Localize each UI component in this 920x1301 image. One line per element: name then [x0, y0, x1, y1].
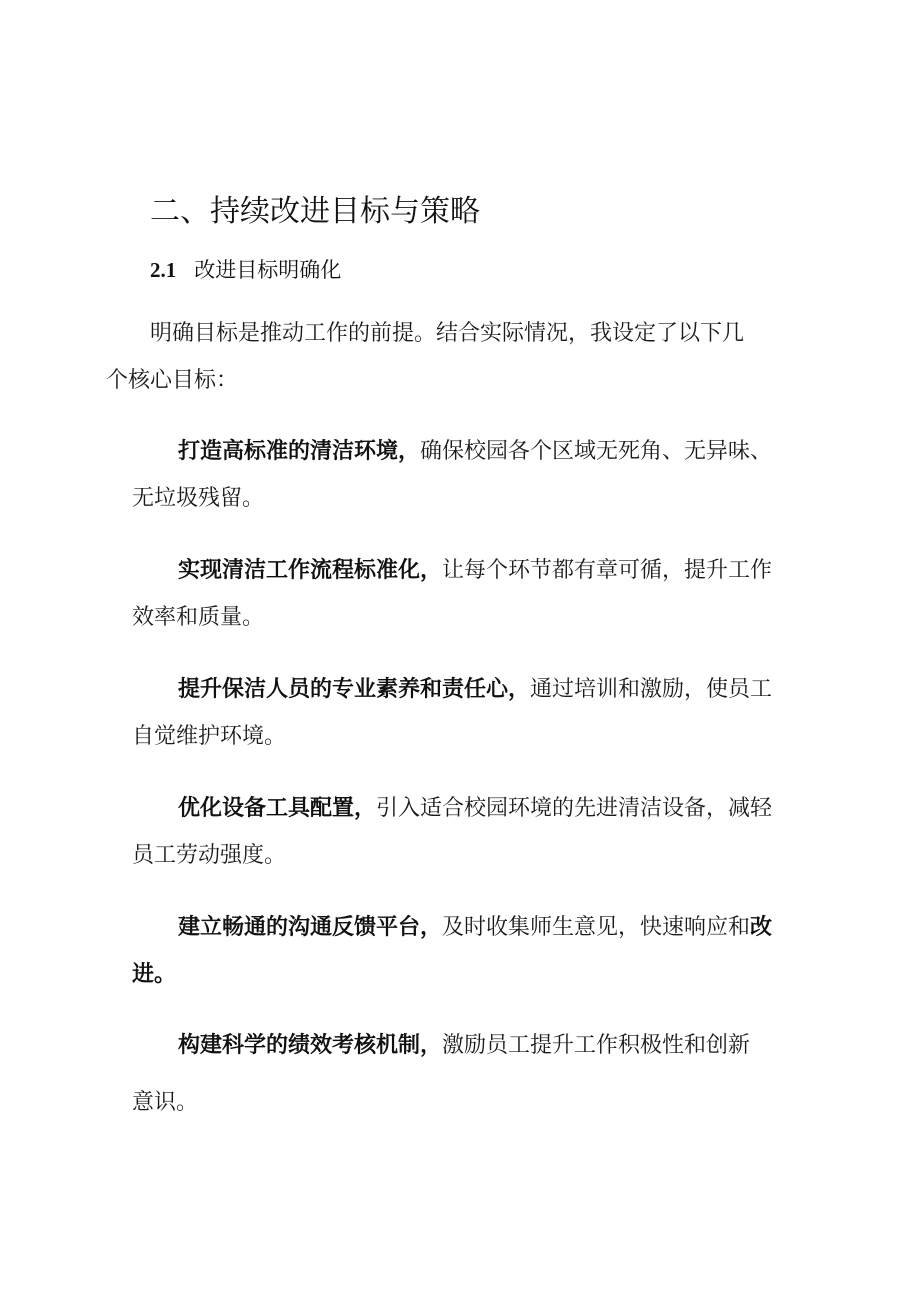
- goal-4-bold: 优化设备工具配置，: [178, 796, 376, 821]
- section-title: 二、持续改进目标与策略: [150, 186, 480, 230]
- intro-line-2: 个核心目标：: [106, 357, 744, 404]
- goal-item-1: 打造高标准的清洁环境，确保校园各个区域无死角、无异味、 无垃圾残留。: [178, 428, 772, 522]
- goal-3-line-2: 自觉维护环境。: [132, 713, 772, 760]
- intro-line-1: 明确目标是推动工作的前提。结合实际情况，我设定了以下几: [150, 310, 744, 357]
- goal-item-5: 建立畅通的沟通反馈平台，及时收集师生意见，快速响应和改 进。: [178, 904, 772, 998]
- goal-2-line-2: 效率和质量。: [132, 594, 772, 641]
- goal-1-text: 确保校园各个区域无死角、无异味、: [420, 439, 772, 464]
- goal-item-6: 构建科学的绩效考核机制，激励员工提升工作积极性和创新 意识。: [178, 1022, 750, 1126]
- goal-3-bold: 提升保洁人员的专业素养和责任心，: [178, 677, 530, 702]
- goal-item-4: 优化设备工具配置，引入适合校园环境的先进清洁设备，减轻 员工劳动强度。: [178, 785, 772, 879]
- goal-item-3: 提升保洁人员的专业素养和责任心，通过培训和激励，使员工 自觉维护环境。: [178, 666, 772, 760]
- intro-paragraph: 明确目标是推动工作的前提。结合实际情况，我设定了以下几 个核心目标：: [150, 310, 744, 404]
- goal-5-text: 及时收集师生意见，快速响应和: [442, 915, 750, 940]
- goal-6-text: 激励员工提升工作积极性和创新: [442, 1033, 750, 1058]
- goal-2-text: 让每个环节都有章可循，提升工作: [442, 558, 772, 583]
- goal-5-line-2: 进。: [132, 951, 772, 998]
- goal-5-bold-tail: 改: [750, 915, 772, 940]
- goal-6-bold: 构建科学的绩效考核机制，: [178, 1033, 442, 1058]
- goal-3-text: 通过培训和激励，使员工: [530, 677, 772, 702]
- subsection-number: 2.1: [150, 258, 176, 282]
- goal-5-bold: 建立畅通的沟通反馈平台，: [178, 915, 442, 940]
- subsection-heading: 2.1改进目标明确化: [150, 254, 341, 284]
- goal-4-text: 引入适合校园环境的先进清洁设备，减轻: [376, 796, 772, 821]
- goal-4-line-2: 员工劳动强度。: [132, 832, 772, 879]
- goal-2-bold: 实现清洁工作流程标准化，: [178, 558, 442, 583]
- goal-1-bold: 打造高标准的清洁环境，: [178, 439, 420, 464]
- subsection-title: 改进目标明确化: [194, 258, 341, 282]
- goal-item-2: 实现清洁工作流程标准化，让每个环节都有章可循，提升工作 效率和质量。: [178, 547, 772, 641]
- goal-6-line-2: 意识。: [132, 1079, 750, 1126]
- goal-1-line-2: 无垃圾残留。: [132, 475, 772, 522]
